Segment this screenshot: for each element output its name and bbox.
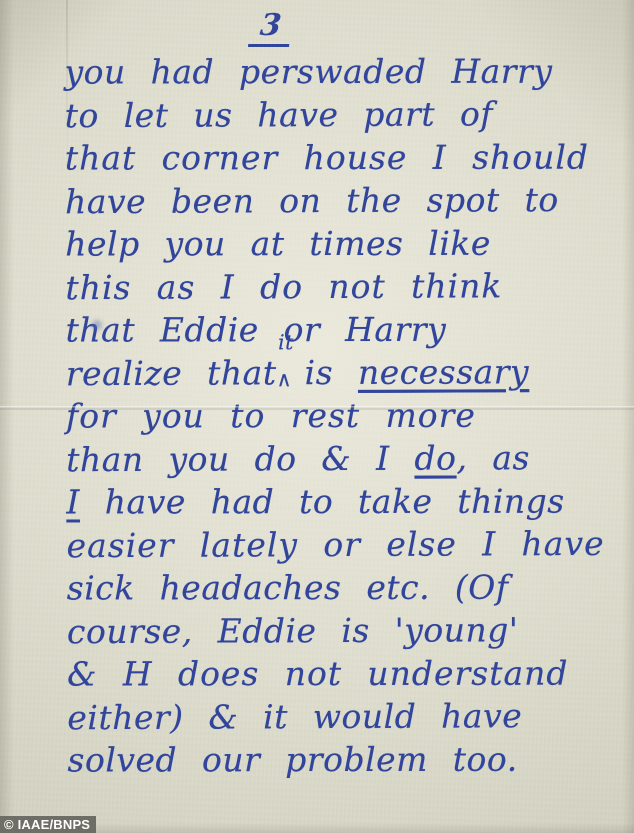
- letter-line: easier lately or else I have: [66, 522, 618, 567]
- letter-line: help you at times like: [65, 222, 617, 266]
- watermark: © IAAE/BNPS: [0, 816, 96, 833]
- fold-crease-horizontal: [0, 406, 634, 410]
- paper-edge-left: [0, 0, 14, 833]
- inserted-word: it∧: [276, 351, 304, 384]
- letter-line: for you to rest more: [66, 394, 618, 438]
- letter-line: I have had to take things: [66, 480, 618, 524]
- letter-line: solved our problem too.: [67, 738, 619, 782]
- letter-line: either) & it would have: [67, 694, 619, 739]
- page-number: 3: [248, 8, 293, 47]
- letter-line: realize thatit∧is necessary: [66, 350, 618, 395]
- letter-line: than you do & I do, as: [66, 436, 618, 481]
- page-number-area: 3: [0, 8, 540, 47]
- letter-line: to let us have part of: [65, 92, 617, 137]
- letter-line: have been on the spot to: [65, 178, 617, 223]
- letter-line: that Eddie or Harry: [66, 308, 618, 352]
- watermark-text: © IAAE/BNPS: [4, 818, 90, 831]
- insertion-caret: ∧: [277, 369, 293, 390]
- letter-page: 3 you had perswaded Harryto let us have …: [0, 0, 634, 833]
- ink-smudge: [92, 320, 102, 330]
- letter-line: you had perswaded Harry: [64, 50, 616, 94]
- letter-line: that corner house I should: [65, 136, 617, 180]
- letter-body: you had perswaded Harryto let us have pa…: [64, 49, 619, 782]
- letter-line: sick headaches etc. (Of: [67, 566, 619, 610]
- letter-line: & H does not understand: [67, 652, 619, 696]
- letter-line: this as I do not think: [65, 264, 617, 309]
- paper-edge-right: [622, 0, 634, 833]
- letter-line: course, Eddie is 'young': [67, 608, 619, 653]
